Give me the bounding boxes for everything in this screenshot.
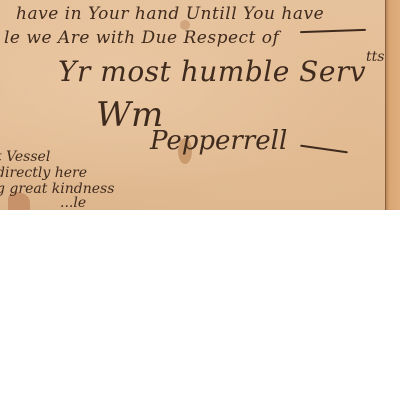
paper-edge: [385, 0, 400, 210]
margin-line-1: t Vessel: [0, 150, 50, 164]
letter-line-1: have in Your hand Untill You have: [16, 6, 324, 23]
signature-flourish: [300, 145, 348, 154]
signature-surname: Pepperrell: [150, 128, 287, 154]
closing-superscript: tts: [366, 50, 384, 64]
letter-line-2: le we Are with Due Respect of: [4, 30, 279, 47]
margin-line-3: g great kindness: [0, 182, 114, 196]
margin-line-4: ...le: [60, 196, 86, 210]
margin-line-2: directly here: [0, 166, 87, 180]
flourish-line: [300, 29, 366, 33]
closing-phrase: Yr most humble Serv: [58, 58, 366, 86]
letter-photo: have in Your hand Untill You have le we …: [0, 0, 400, 210]
